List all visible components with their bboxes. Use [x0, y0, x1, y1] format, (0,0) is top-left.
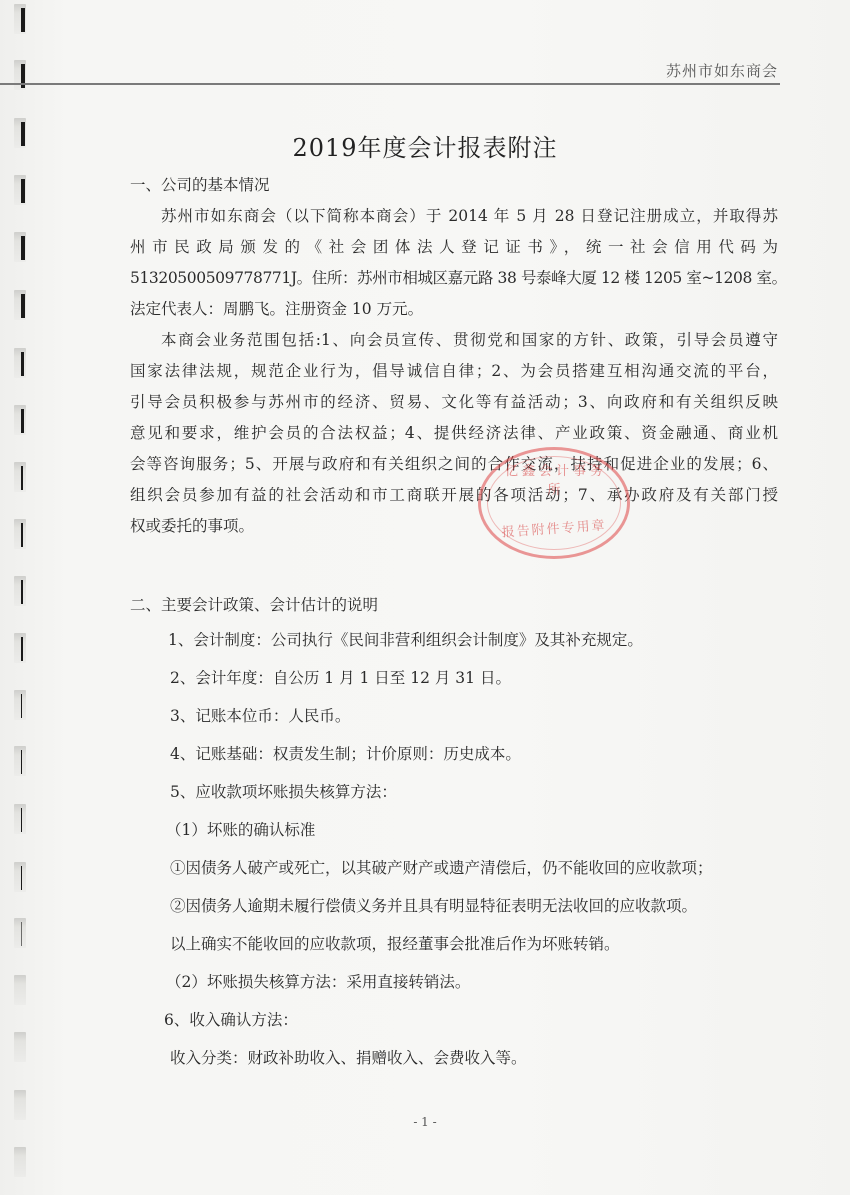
binding-hole — [14, 519, 26, 549]
page-number: - 1 - — [0, 1115, 850, 1129]
binding-hole — [14, 462, 26, 492]
binding-hole — [14, 1032, 26, 1062]
paragraph-line: 会等咨询服务；5、开展与政府和有关组织之间的合作交流，扶持和促进企业的发展；6、 — [130, 449, 778, 480]
policy-criterion: ①因债务人破产或死亡，以其破产财产或遗产清偿后，仍不能收回的应收款项； — [170, 853, 713, 884]
paragraph-line: 州市民政局颁发的《社会团体法人登记证书》，统一社会信用代码为 — [130, 232, 778, 263]
policy-item: 4、记账基础：权责发生制；计价原则：历史成本。 — [170, 739, 521, 770]
paragraph-line: 法定代表人：周鹏飞。注册资金 10 万元。 — [130, 294, 778, 325]
binding-hole — [14, 175, 26, 205]
paragraph-registration: 苏州市如东商会（以下简称本商会）于 2014 年 5 月 28 日登记注册成立，… — [130, 201, 778, 325]
binding-hole — [14, 290, 26, 320]
paragraph-line: 苏州市如东商会（以下简称本商会）于 2014 年 5 月 28 日登记注册成立，… — [130, 201, 778, 232]
policy-criterion: ②因债务人逾期未履行偿债义务并且具有明显特征表明无法收回的应收款项。 — [170, 891, 697, 922]
document-page: 苏州市如东商会 2019年度会计报表附注 一、公司的基本情况 苏州市如东商会（以… — [0, 0, 850, 1195]
paragraph-line: 权或委托的事项。 — [130, 511, 778, 542]
policy-item: 3、记账本位币：人民币。 — [170, 701, 350, 732]
header-organization: 苏州市如东商会 — [666, 60, 778, 81]
header-divider — [0, 83, 780, 85]
paragraph-line: 意见和要求，维护会员的合法权益；4、提供经济法律、产业政策、资金融通、商业机 — [130, 418, 778, 449]
paragraph-business-scope: 本商会业务范围包括:1、向会员宣传、贯彻党和国家的方针、政策，引导会员遵守 国家… — [130, 325, 778, 542]
policy-item: 1、会计制度：公司执行《民间非营利组织会计制度》及其补充规定。 — [168, 625, 643, 656]
policy-item: 5、应收款项坏账损失核算方法： — [170, 777, 397, 808]
paragraph-line: 引导会员积极参与苏州市的经济、贸易、文化等有益活动；3、向政府和有关组织反映 — [130, 387, 778, 418]
policy-note: 以上确实不能收回的应收款项，报经董事会批准后作为坏账转销。 — [170, 929, 620, 960]
binding-hole — [14, 348, 26, 378]
binding-hole — [14, 633, 26, 663]
binding-hole — [14, 232, 26, 262]
binding-hole — [14, 1147, 26, 1177]
policy-note: 收入分类：财政补助收入、捐赠收入、会费收入等。 — [170, 1043, 527, 1074]
section-heading-basic-info: 一、公司的基本情况 — [130, 170, 270, 201]
binding-hole — [14, 690, 26, 720]
binding-hole — [14, 975, 26, 1005]
paragraph-line: 本商会业务范围包括:1、向会员宣传、贯彻党和国家的方针、政策，引导会员遵守 — [130, 325, 778, 356]
binding-hole — [14, 862, 26, 892]
policy-item: 2、会计年度：自公历 1 月 1 日至 12 月 31 日。 — [170, 663, 511, 694]
document-title: 2019年度会计报表附注 — [0, 128, 850, 163]
binding-hole — [14, 4, 26, 34]
paragraph-line: 国家法律法规，规范企业行为，倡导诚信自律；2、为会员搭建互相沟通交流的平台， — [130, 356, 778, 387]
binding-hole — [14, 60, 26, 90]
policy-item: 6、收入确认方法： — [164, 1005, 298, 1036]
binding-hole — [14, 746, 26, 776]
section-heading-accounting-policies: 二、主要会计政策、会计估计的说明 — [130, 590, 378, 621]
policy-subitem: （1）坏账的确认标准 — [166, 815, 315, 846]
paragraph-line: 51320500509778771J。住所：苏州市相城区嘉元路 38 号泰峰大厦… — [130, 263, 778, 294]
binding-hole — [14, 576, 26, 606]
policy-subitem: （2）坏账损失核算方法：采用直接转销法。 — [166, 967, 470, 998]
binding-hole — [14, 405, 26, 435]
binding-holes — [8, 0, 28, 1195]
binding-hole — [14, 918, 26, 948]
binding-hole — [14, 804, 26, 834]
paragraph-line: 组织会员参加有益的社会活动和市工商联开展的各项活动；7、承办政府及有关部门授 — [130, 480, 778, 511]
